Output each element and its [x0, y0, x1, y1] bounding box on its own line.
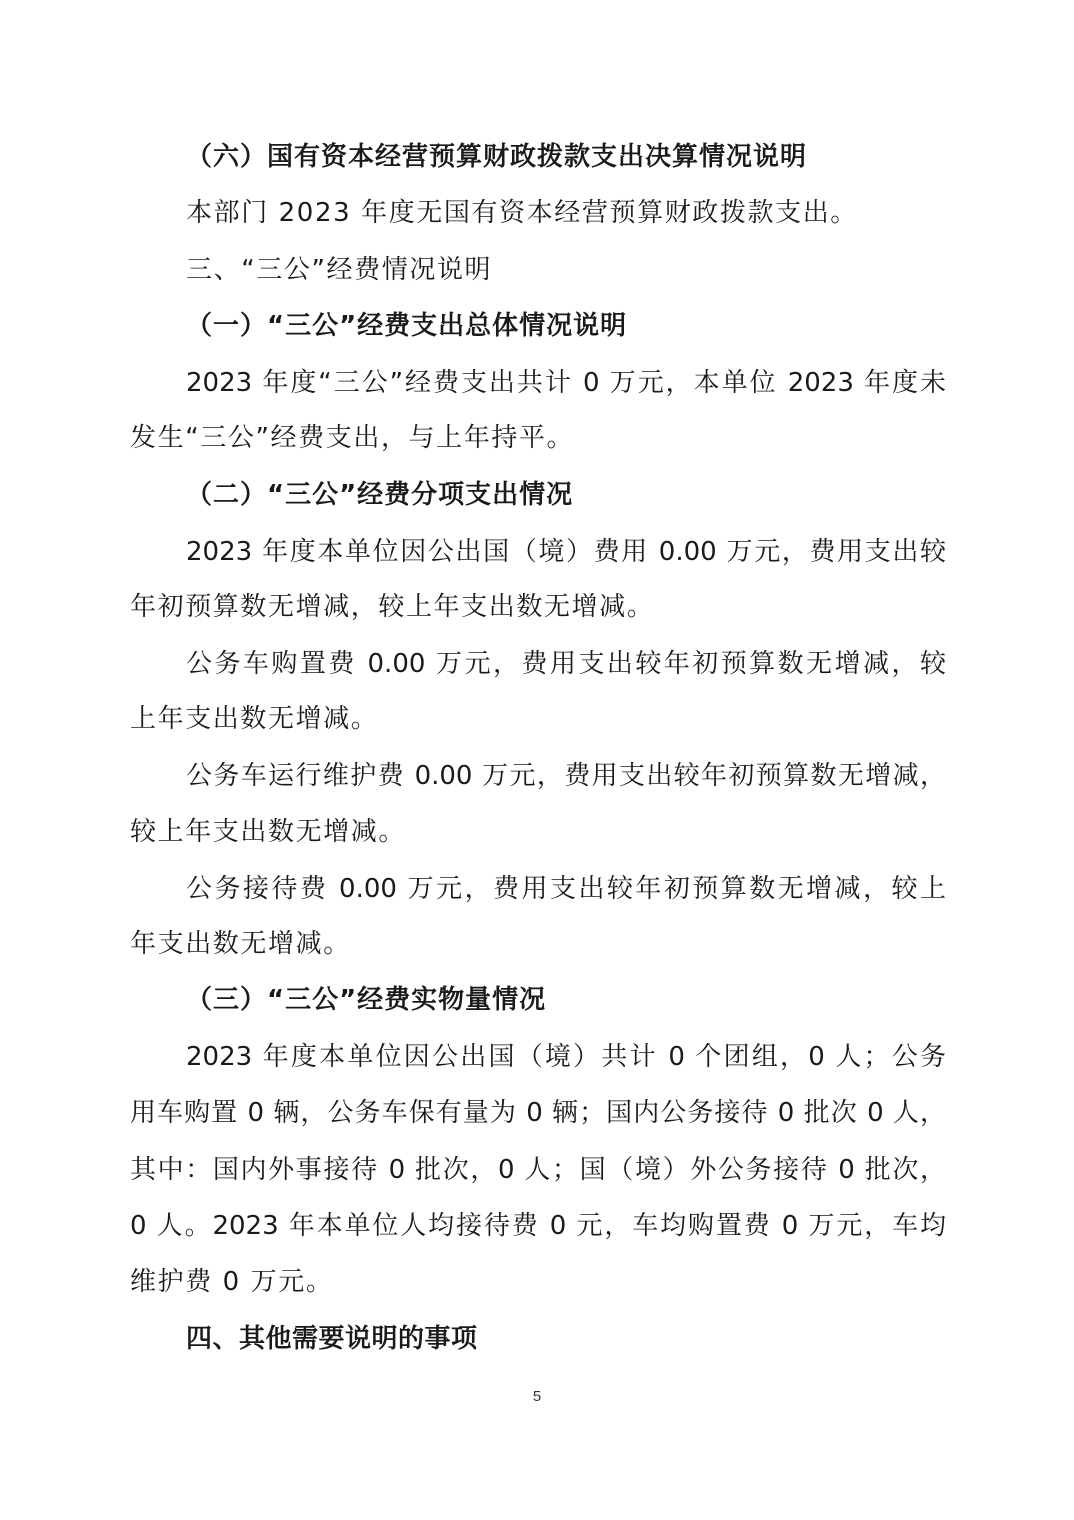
heading-overall-expenses: （一）“三公”经费支出总体情况说明: [186, 306, 946, 346]
heading-state-capital-budget: （六）国有资本经营预算财政拨款支出决算情况说明: [186, 137, 946, 177]
paragraph-vehicle-purchase-line-1: 公务车购置费 0.00 万元，费用支出较年初预算数无增减，较: [186, 644, 946, 684]
heading-itemized-expenses: （二）“三公”经费分项支出情况: [186, 475, 946, 515]
heading-other-matters: 四、其他需要说明的事项: [186, 1319, 946, 1359]
paragraph-quantity-line-1: 2023 年度本单位因公出国（境）共计 0 个团组，0 人；公务: [186, 1037, 946, 1077]
document-page: （六）国有资本经营预算财政拨款支出决算情况说明 本部门 2023 年度无国有资本…: [0, 0, 1074, 1520]
paragraph-vehicle-maintenance-line-1: 公务车运行维护费 0.00 万元，费用支出较年初预算数无增减，: [186, 756, 946, 796]
heading-three-public-expenses: 三、“三公”经费情况说明: [186, 250, 946, 290]
paragraph-overall-line-2: 发生“三公”经费支出，与上年持平。: [130, 418, 946, 458]
paragraph-reception-line-2: 年支出数无增减。: [130, 924, 946, 964]
paragraph-overall-line-1: 2023 年度“三公”经费支出共计 0 万元，本单位 2023 年度未: [186, 363, 946, 403]
page-number: 5: [0, 1388, 1074, 1405]
heading-physical-quantity: （三）“三公”经费实物量情况: [186, 980, 946, 1020]
paragraph-quantity-line-4: 0 人。2023 年本单位人均接待费 0 元，车均购置费 0 万元，车均: [130, 1206, 946, 1246]
paragraph-state-capital-budget: 本部门 2023 年度无国有资本经营预算财政拨款支出。: [186, 193, 946, 233]
paragraph-vehicle-purchase-line-2: 上年支出数无增减。: [130, 699, 946, 739]
paragraph-quantity-line-5: 维护费 0 万元。: [130, 1262, 946, 1302]
paragraph-vehicle-maintenance-line-2: 较上年支出数无增减。: [130, 812, 946, 852]
paragraph-quantity-line-3: 其中：国内外事接待 0 批次，0 人；国（境）外公务接待 0 批次，: [130, 1150, 946, 1190]
paragraph-quantity-line-2: 用车购置 0 辆，公务车保有量为 0 辆；国内公务接待 0 批次 0 人，: [130, 1093, 946, 1133]
paragraph-overseas-line-2: 年初预算数无增减，较上年支出数无增减。: [130, 587, 946, 627]
paragraph-overseas-line-1: 2023 年度本单位因公出国（境）费用 0.00 万元，费用支出较: [186, 532, 946, 572]
paragraph-reception-line-1: 公务接待费 0.00 万元，费用支出较年初预算数无增减，较上: [186, 869, 946, 909]
